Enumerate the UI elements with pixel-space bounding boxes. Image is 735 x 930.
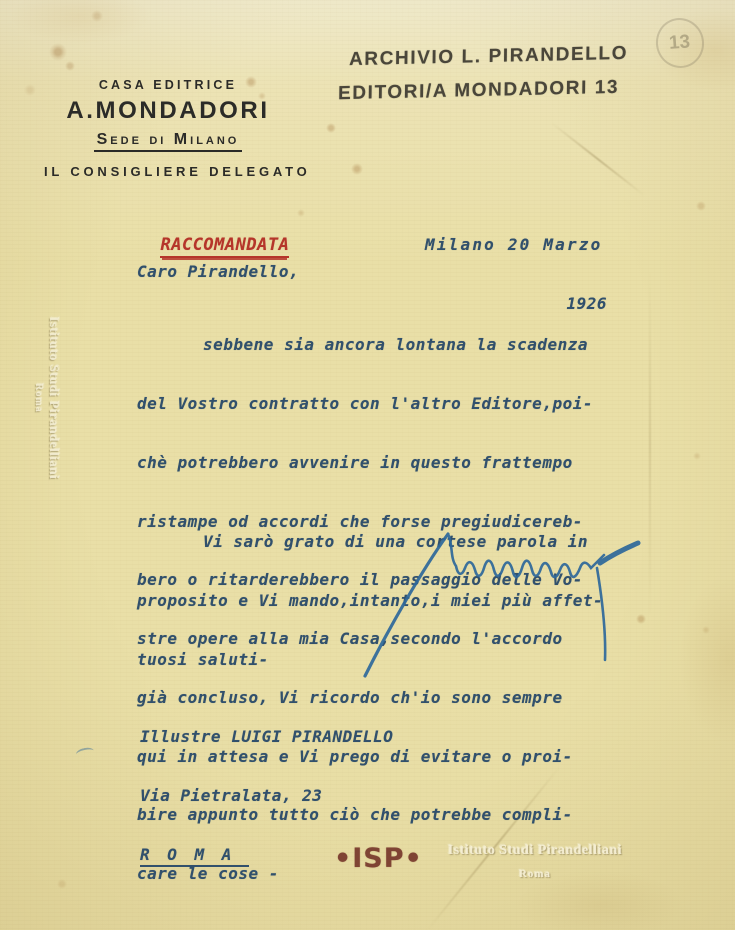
letterhead-branch: Sede di Milano xyxy=(38,131,298,152)
letter-line: del Vostro contratto con l'altro Editore… xyxy=(137,394,593,414)
letter-line: sebbene sia ancora lontana la scadenza xyxy=(137,335,593,355)
recipient-street: Via Pietralata, 23 xyxy=(140,786,393,806)
letter-line: chè potrebbero avvenire in questo fratte… xyxy=(137,453,593,473)
recipient-name: Illustre LUIGI PIRANDELLO xyxy=(140,727,393,747)
place-date: Milano 20 Marzo xyxy=(425,235,617,255)
isp-logo: •ISP• xyxy=(334,843,423,874)
institute-embossed-stamp: Istituto Studi Pirandelliani Roma xyxy=(430,843,640,880)
salutation: Caro Pirandello, xyxy=(137,262,299,282)
registered-mail-label: RACCOMANDATA xyxy=(139,216,289,258)
letterhead: CASA EDITRICE A.MONDADORI Sede di Milano xyxy=(38,78,298,152)
signature-ink xyxy=(350,518,650,680)
side-embossed-watermark: Istituto Studi Pirandelliani Roma xyxy=(33,313,62,483)
letterhead-company-type: CASA EDITRICE xyxy=(38,78,298,92)
letterhead-company-name: A.MONDADORI xyxy=(38,97,298,125)
letterhead-role: IL CONSIGLIERE DELEGATO xyxy=(44,164,311,179)
